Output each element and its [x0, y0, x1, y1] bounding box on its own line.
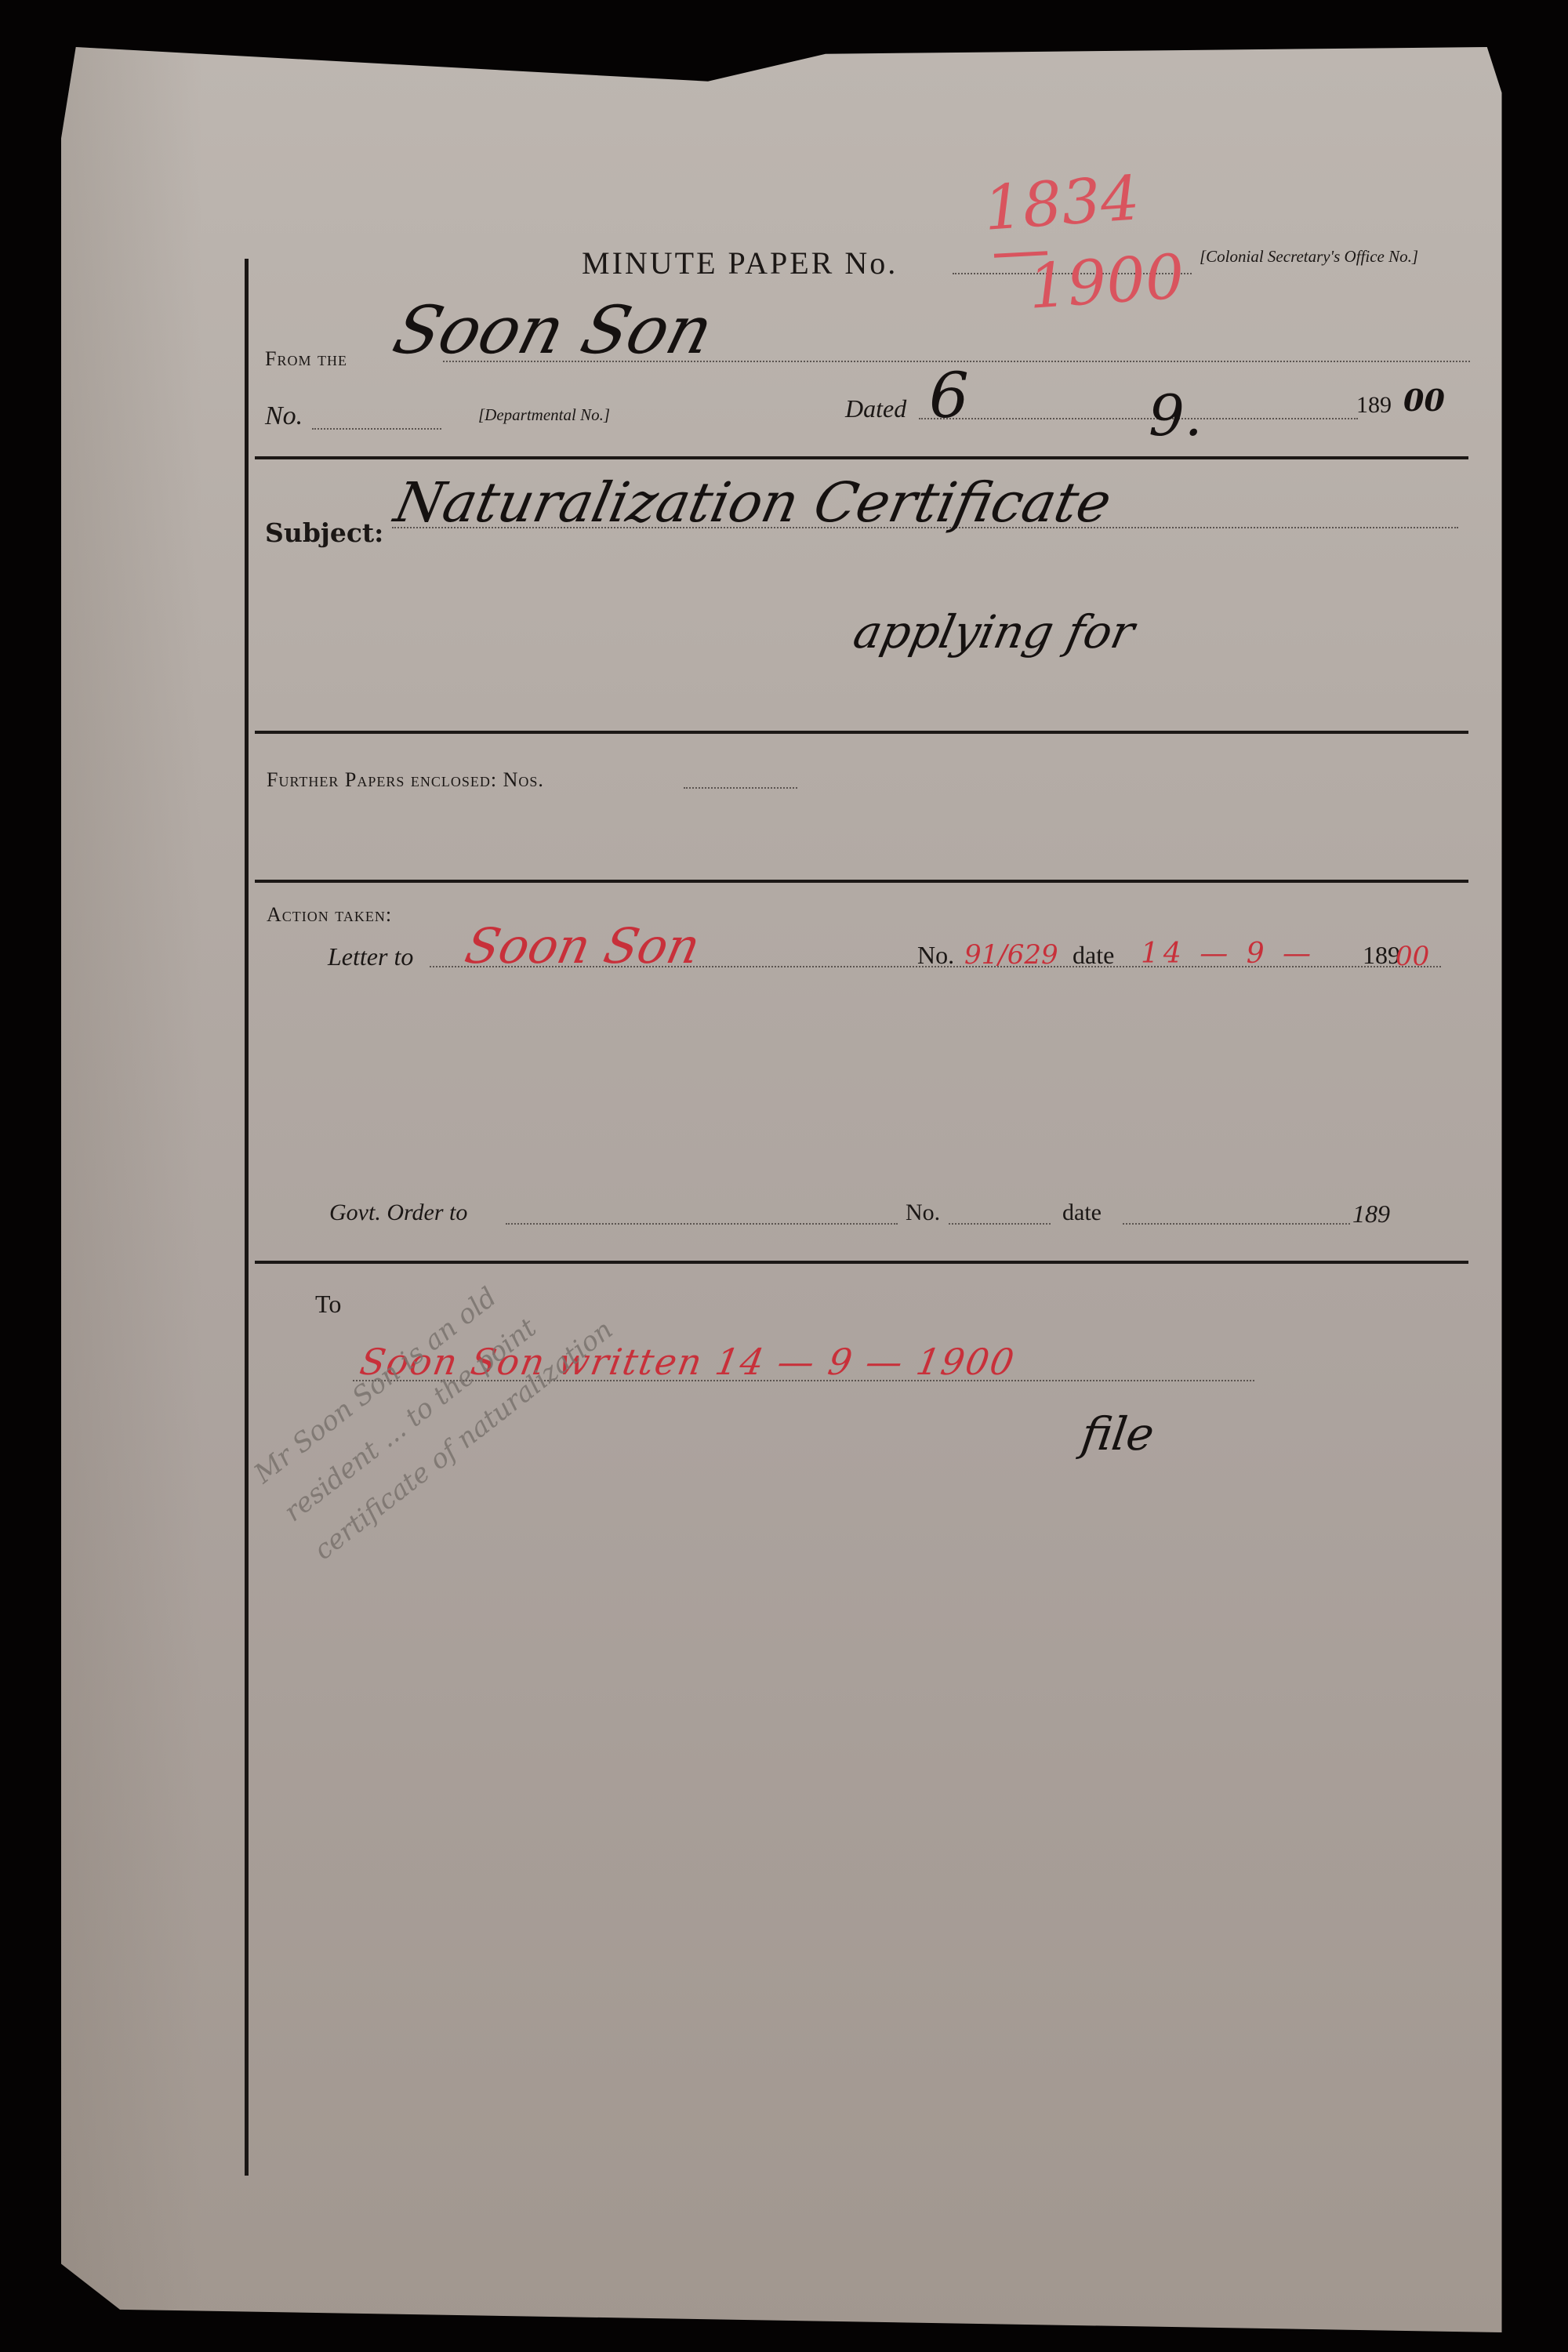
letter-date-label: date: [1073, 941, 1114, 970]
further-papers-label: Further Papers enclosed: Nos.: [267, 768, 544, 792]
subject-value-line1: Naturalization Certificate: [389, 470, 1116, 535]
letter-no-value: 91/629: [964, 939, 1058, 971]
letter-year-written: 00: [1396, 941, 1429, 972]
departmental-note: [Departmental No.]: [478, 405, 610, 425]
dated-day: 6: [929, 359, 969, 432]
govt-no-label: No.: [906, 1200, 940, 1226]
dated-year-written: 00: [1403, 383, 1445, 418]
letter-no-label: No.: [917, 941, 954, 970]
govt-date-label: date: [1062, 1200, 1102, 1226]
page-title: MINUTE PAPER No.: [582, 245, 898, 281]
dated-line: [919, 418, 1358, 419]
to-note-file: file: [1078, 1407, 1157, 1461]
minute-number-top: 1834: [982, 163, 1142, 245]
section-divider-1: [255, 456, 1468, 459]
minute-paper-sheet: [61, 47, 1531, 2332]
action-taken-label: Action taken:: [267, 903, 392, 927]
govt-year-printed: 189: [1352, 1200, 1390, 1229]
dated-month: 9.: [1149, 383, 1203, 448]
office-note: [Colonial Secretary's Office No.]: [1200, 247, 1418, 267]
further-papers-line: [684, 787, 797, 789]
left-margin-rule: [245, 259, 249, 2176]
govt-order-label: Govt. Order to: [329, 1200, 467, 1226]
from-value: Soon Son: [386, 292, 721, 368]
letter-year-printed: 189: [1363, 941, 1400, 970]
subject-value-line2: applying for: [849, 605, 1139, 659]
minute-number-bottom: 1900: [1026, 241, 1186, 323]
govt-no-line: [949, 1223, 1051, 1225]
no-label: No.: [265, 401, 303, 431]
subject-label: Subject:: [265, 517, 383, 548]
to-label: To: [315, 1290, 341, 1319]
section-divider-3: [255, 880, 1468, 883]
letter-to-value: Soon Son: [460, 917, 705, 975]
dated-label: Dated: [845, 394, 906, 423]
letter-to-label: Letter to: [328, 942, 413, 971]
letter-date-value: 14 — 9 —: [1141, 938, 1316, 970]
section-divider-2: [255, 731, 1468, 734]
no-line: [312, 428, 441, 430]
section-divider-4: [255, 1261, 1468, 1264]
from-label: From the: [265, 347, 347, 371]
dated-year-printed: 189: [1356, 392, 1392, 419]
govt-date-line: [1123, 1223, 1350, 1225]
